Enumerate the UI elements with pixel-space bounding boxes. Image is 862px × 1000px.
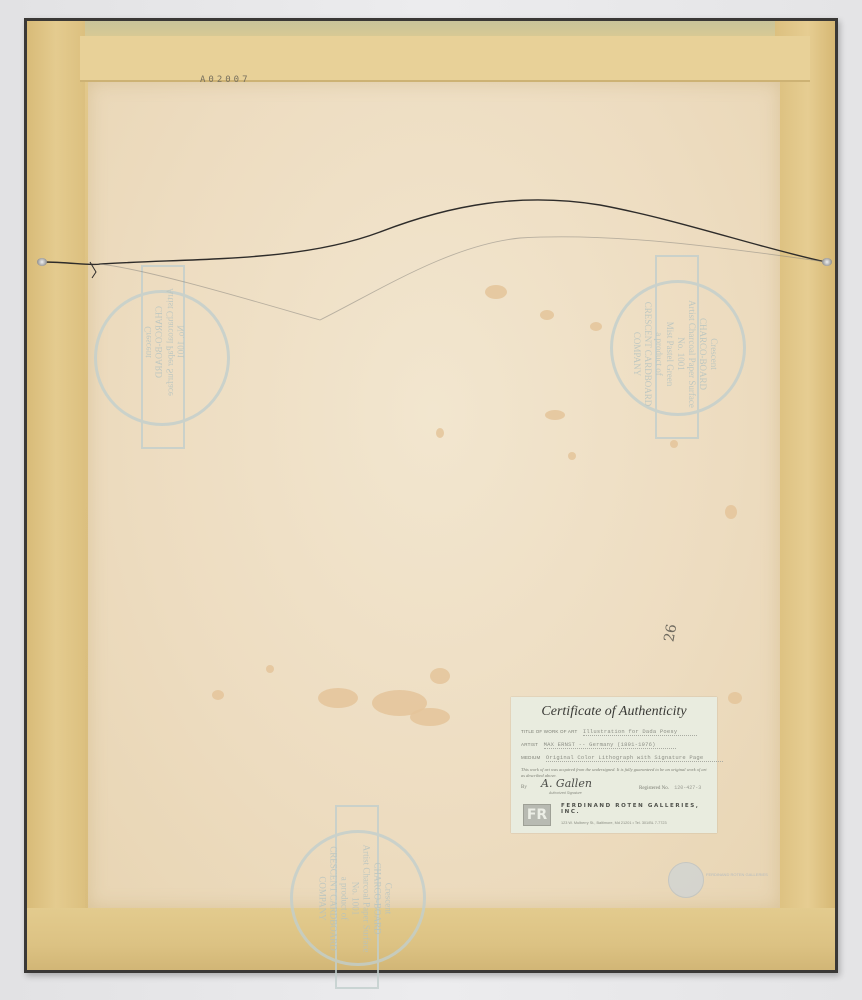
- signature: A. Gallen: [541, 777, 592, 790]
- stamp-text: FERDINAND ROTEN GALLERIES: [706, 872, 768, 877]
- registered-label: Registered No.: [639, 786, 669, 791]
- right-screw-eye: [822, 258, 832, 266]
- row-label: Title of work of art: [521, 729, 577, 734]
- certificate-row-artist: Artist MAX ERNST -- Germany (1891-1976): [521, 741, 676, 748]
- row-label: Artist: [521, 742, 538, 747]
- gallery-address: 123 W. Mulberry St., Baltimore, Md 21201…: [561, 821, 667, 825]
- row-value: Illustration for Dada Poesy: [583, 728, 698, 736]
- gallery-stamp-icon: [668, 862, 704, 898]
- gallery-name: FERDINAND ROTEN GALLERIES, INC.: [561, 803, 717, 815]
- row-value: MAX ERNST -- Germany (1891-1976): [544, 741, 676, 749]
- row-value: Original Color Lithograph with Signature…: [546, 754, 724, 762]
- row-label: Medium: [521, 755, 540, 760]
- certificate-title: Certificate of Authenticity: [511, 704, 717, 720]
- registered-value: 120-427-3: [674, 785, 701, 791]
- hanging-wire[interactable]: [0, 0, 862, 1000]
- certificate-of-authenticity: Certificate of Authenticity Title of wor…: [511, 697, 717, 833]
- gallery-logo-icon: FR: [523, 804, 551, 826]
- by-label: By: [521, 785, 527, 790]
- registered-number: Registered No. 120-427-3: [639, 785, 701, 791]
- certificate-row-title: Title of work of art Illustration for Da…: [521, 728, 697, 735]
- left-screw-eye: [37, 258, 47, 266]
- certificate-row-medium: Medium Original Color Lithograph with Si…: [521, 754, 723, 761]
- signature-caption: Authorized Signature: [549, 791, 582, 795]
- pencil-mark: 26: [661, 623, 680, 643]
